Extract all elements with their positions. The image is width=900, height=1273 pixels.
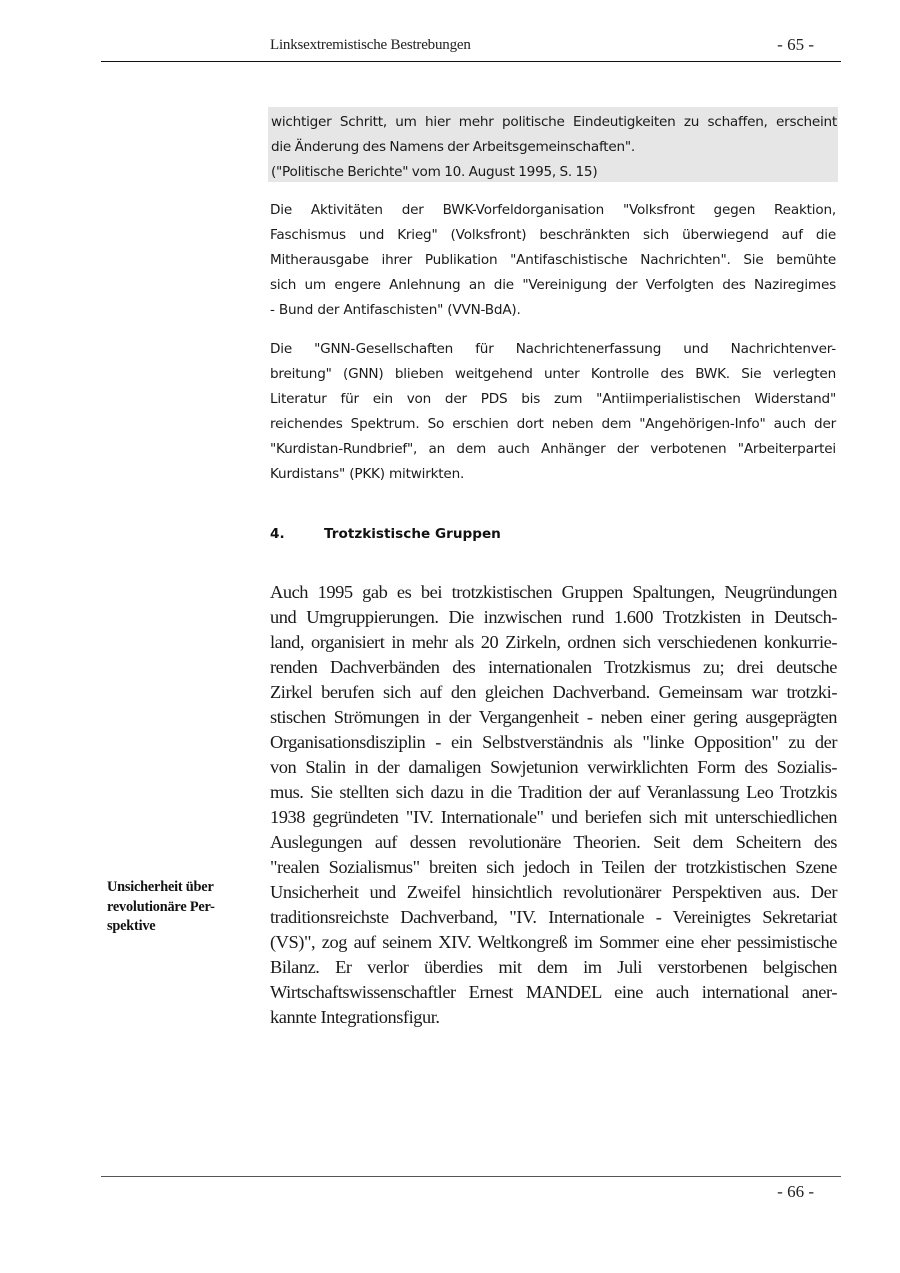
quote-line: die Änderung des Namens der Arbeitsgemei… (271, 135, 837, 160)
text-line: kannte Integrationsfigur. (270, 1005, 837, 1030)
text-line: mus. Sie stellten sich dazu in die Tradi… (270, 780, 837, 805)
text-line: "Kurdistan-Rundbrief", an dem auch Anhän… (270, 437, 836, 462)
text-line: Auslegungen auf dessen revolutionäre The… (270, 830, 837, 855)
text-line: Zirkel berufen sich auf den gleichen Dac… (270, 680, 837, 705)
text-line: Die "GNN-Gesellschaften für Nachrichtene… (270, 337, 836, 362)
text-line: Mitherausgabe ihrer Publikation "Antifas… (270, 248, 836, 273)
section-heading: 4.Trotzkistische Gruppen (270, 526, 501, 542)
text-line: (VS)", zog auf seinem XIV. Weltkongreß i… (270, 930, 837, 955)
text-line: sich um engere Anlehnung an die "Vereini… (270, 273, 836, 298)
text-line: reichendes Spektrum. So erschien dort ne… (270, 412, 836, 437)
text-line: land, organisiert in mehr als 20 Zirkeln… (270, 630, 837, 655)
page-number-top: - 65 - (777, 35, 814, 55)
section-number: 4. (270, 526, 324, 542)
text-line: Wirtschaftswissenschaftler Ernest MANDEL… (270, 980, 837, 1005)
text-line: stischen Strömungen in der Vergangenheit… (270, 705, 837, 730)
text-line: Faschismus und Krieg" (Volksfront) besch… (270, 223, 836, 248)
running-title: Linksextremistische Bestrebungen (270, 37, 471, 54)
text-line: "realen Sozialismus" breiten sich jedoch… (270, 855, 837, 880)
text-line: 1938 gegründeten "IV. Internationale" un… (270, 805, 837, 830)
margin-note-line: revolutionäre Per- (107, 898, 247, 918)
section-title: Trotzkistische Gruppen (324, 526, 501, 542)
text-line: Auch 1995 gab es bei trotzkistischen Gru… (270, 580, 837, 605)
paragraph-trotzkisten: Auch 1995 gab es bei trotzkistischen Gru… (270, 580, 837, 1030)
page-header: Linksextremistische Bestrebungen - 65 - (101, 33, 841, 62)
quote-source: ("Politische Berichte" vom 10. August 19… (271, 160, 837, 185)
text-line: Bilanz. Er verlor überdies mit dem im Ju… (270, 955, 837, 980)
text-line: Literatur für ein von der PDS bis zum "A… (270, 387, 836, 412)
page-number-bottom: - 66 - (777, 1182, 814, 1202)
text-line: traditionsreichste Dachverband, "IV. Int… (270, 905, 837, 930)
text-line: von Stalin in der damaligen Sowjetunion … (270, 755, 837, 780)
margin-note-line: spektive (107, 917, 247, 937)
text-line: breitung" (GNN) blieben weitgehend unter… (270, 362, 836, 387)
quote-line: wichtiger Schritt, um hier mehr politisc… (271, 110, 837, 135)
text-line: - Bund der Antifaschisten" (VVN-BdA). (270, 298, 836, 323)
quote-block: wichtiger Schritt, um hier mehr politisc… (271, 110, 837, 185)
text-line: Organisationsdisziplin - ein Selbstverst… (270, 730, 837, 755)
margin-note-line: Unsicherheit über (107, 878, 247, 898)
text-line: renden Dachverbänden des internationalen… (270, 655, 837, 680)
page-footer: - 66 - (101, 1176, 841, 1207)
text-line: Unsicherheit und Zweifel hinsichtlich re… (270, 880, 837, 905)
paragraph-volksfront: Die Aktivitäten der BWK-Vorfeldorganisat… (270, 198, 836, 323)
text-line: Kurdistans" (PKK) mitwirkten. (270, 462, 836, 487)
paragraph-gnn: Die "GNN-Gesellschaften für Nachrichtene… (270, 337, 836, 487)
text-line: Die Aktivitäten der BWK-Vorfeldorganisat… (270, 198, 836, 223)
margin-note: Unsicherheit über revolutionäre Per- spe… (107, 878, 247, 937)
text-line: und Umgruppierungen. Die inzwischen rund… (270, 605, 837, 630)
